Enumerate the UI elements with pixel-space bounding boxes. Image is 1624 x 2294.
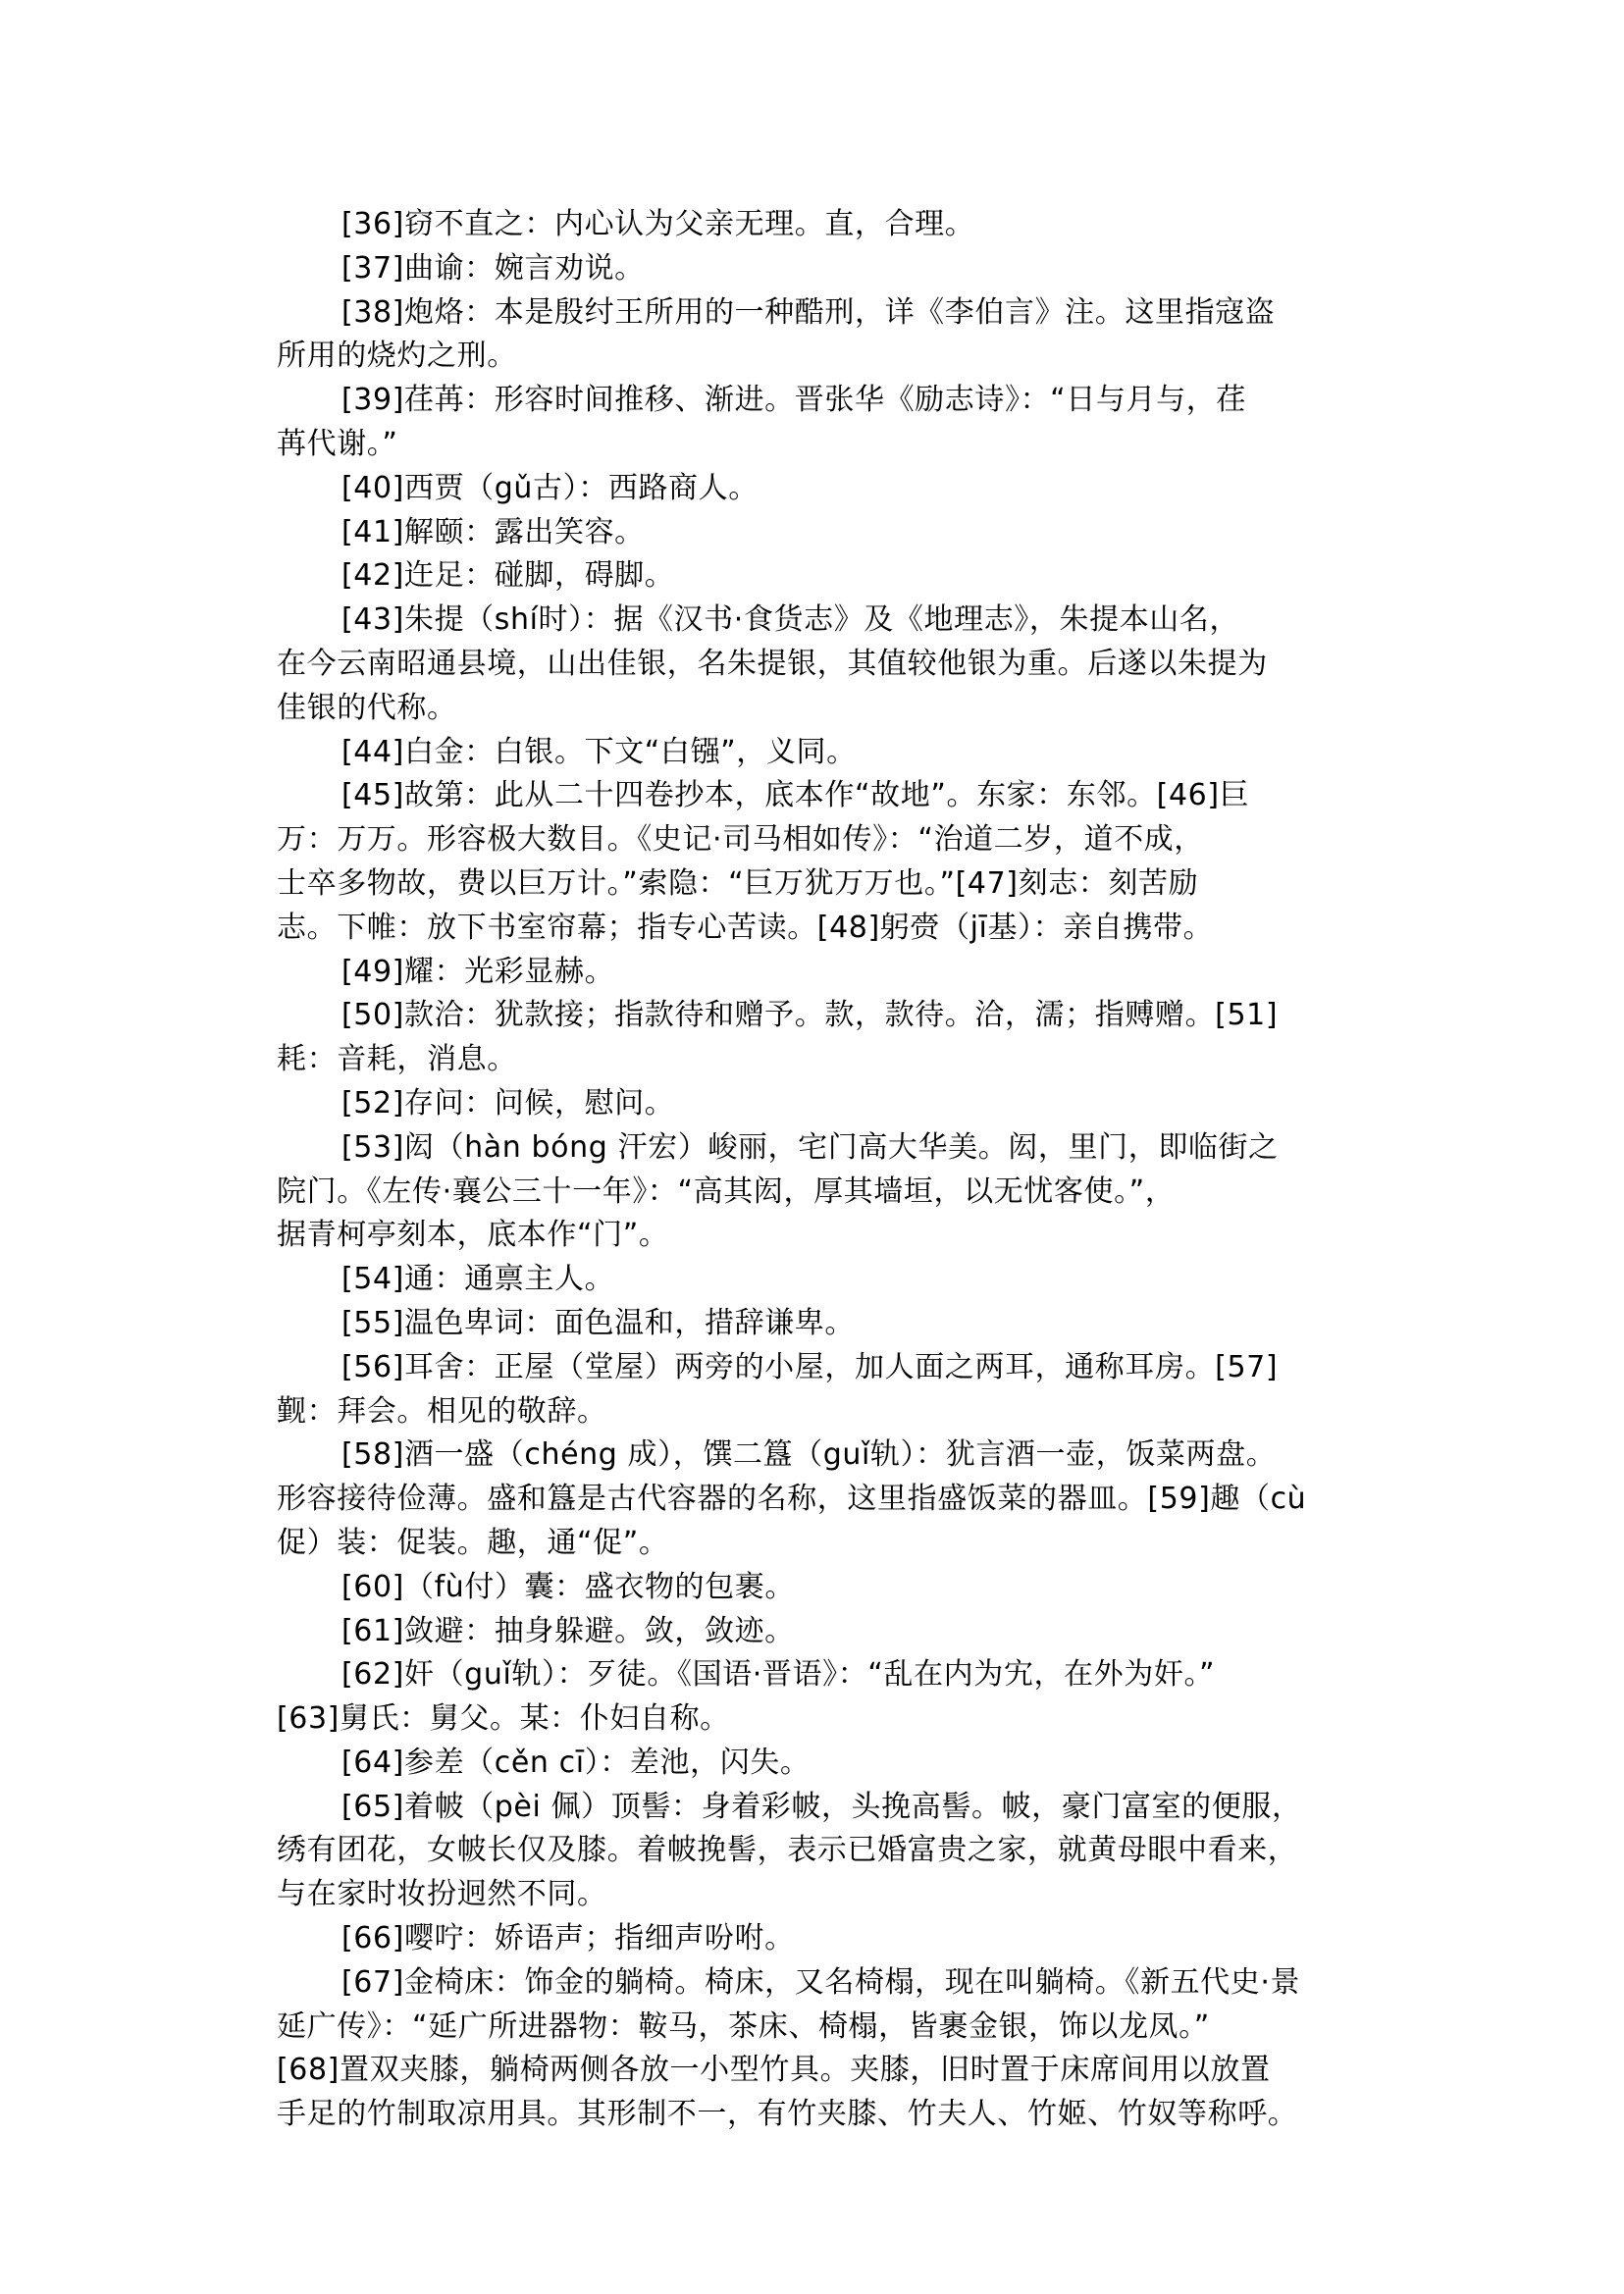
annotation-paragraph-start: [50]款洽：犹款接；指款待和赠予。款，款待。洽，濡；指赙赠。[51] [277, 994, 1356, 1038]
annotation-paragraph-start: [53]闳（hàn bóng 汗宏）峻丽，宅门高大华美。闳，里门，即临街之 [277, 1126, 1356, 1171]
annotation-paragraph-start: [56]耳舍：正屋（堂屋）两旁的小屋，加人面之两耳，通称耳房。[57] [277, 1346, 1356, 1390]
annotation-continuation-line: 志。下帷：放下书室帘幕；指专心苦读。[48]躬赍（jī基）：亲自携带。 [277, 907, 1356, 951]
annotation-continuation-line: 与在家时妆扮迥然不同。 [277, 1873, 1356, 1917]
annotation-paragraph-start: [52]存问：问候，慰问。 [277, 1082, 1356, 1126]
annotation-paragraph-start: [49]耀：光彩显赫。 [277, 951, 1356, 995]
annotation-continuation-line: 士卒多物故，费以巨万计。”索隐：“巨万犹万万也。”[47]刻志：刻苦励 [277, 862, 1356, 907]
annotation-paragraph-start: [61]敛避：抽身躲避。敛，敛迹。 [277, 1610, 1356, 1654]
annotation-continuation-line: 所用的烧灼之刑。 [277, 335, 1356, 379]
annotation-continuation-line: [63]舅氏：舅父。某：仆妇自称。 [277, 1697, 1356, 1742]
annotation-paragraph-start: [41]解颐：露出笑容。 [277, 511, 1356, 555]
annotation-continuation-line: 形容接待俭薄。盛和簋是古代容器的名称，这里指盛饭菜的器皿。[59]趣（cù [277, 1478, 1356, 1522]
annotation-paragraph-start: [37]曲谕：婉言劝说。 [277, 247, 1356, 291]
annotation-paragraph-start: [40]西贾（gǔ古）：西路商人。 [277, 467, 1356, 511]
annotation-paragraph-start: [44]白金：白银。下文“白镪”，义同。 [277, 731, 1356, 775]
annotation-page: [36]窃不直之：内心认为父亲无理。直，合理。[37]曲谕：婉言劝说。[38]炮… [277, 203, 1356, 2137]
annotation-paragraph-start: [43]朱提（shí时）：据《汉书·食货志》及《地理志》，朱提本山名， [277, 599, 1356, 643]
annotation-paragraph-start: [42]迕足：碰脚，碍脚。 [277, 554, 1356, 599]
annotation-paragraph-start: [55]温色卑词：面色温和，措辞谦卑。 [277, 1302, 1356, 1346]
annotation-paragraph-start: [54]通：通禀主人。 [277, 1258, 1356, 1302]
annotation-paragraph-start: [65]着帔（pèi 佩）顶髻：身着彩帔，头挽高髻。帔，豪门富室的便服， [277, 1786, 1356, 1830]
annotation-continuation-line: 觐：拜会。相见的敬辞。 [277, 1390, 1356, 1434]
annotation-continuation-line: [68]置双夹膝，躺椅两侧各放一小型竹具。夹膝，旧时置于床席间用以放置 [277, 2049, 1356, 2093]
annotation-paragraph-start: [62]奸（guǐ轨）：歹徒。《国语·晋语》：“乱在内为宄，在外为奸。” [277, 1653, 1356, 1697]
annotation-paragraph-start: [64]参差（cěn cī）：差池，闪失。 [277, 1742, 1356, 1786]
annotation-continuation-line: 佳银的代称。 [277, 687, 1356, 731]
annotation-paragraph-start: [36]窃不直之：内心认为父亲无理。直，合理。 [277, 203, 1356, 247]
annotation-continuation-line: 苒代谢。” [277, 423, 1356, 467]
annotation-paragraph-start: [45]故第：此从二十四卷抄本，底本作“故地”。东家：东邻。[46]巨 [277, 774, 1356, 818]
annotation-continuation-line: 院门。《左传·襄公三十一年》：“高其闳，厚其墙垣，以无忧客使。”， [277, 1171, 1356, 1215]
annotation-continuation-line: 促）装：促装。趣，通“促”。 [277, 1522, 1356, 1566]
annotation-continuation-line: 绣有团花，女帔长仅及膝。着帔挽髻，表示已婚富贵之家，就黄母眼中看来， [277, 1829, 1356, 1873]
annotation-continuation-line: 手足的竹制取凉用具。其形制不一，有竹夹膝、竹夫人、竹姬、竹奴等称呼。 [277, 2093, 1356, 2137]
annotation-continuation-line: 延广传》：“延广所进器物：鞍马，茶床、椅榻，皆裹金银，饰以龙凤。” [277, 2006, 1356, 2050]
annotation-continuation-line: 在今云南昭通县境，山出佳银，名朱提银，其值较他银为重。后遂以朱提为 [277, 643, 1356, 687]
annotation-paragraph-start: [67]金椅床：饰金的躺椅。椅床，又名椅榻，现在叫躺椅。《新五代史·景 [277, 1961, 1356, 2006]
annotation-continuation-line: 万：万万。形容极大数目。《史记·司马相如传》：“治道二岁，道不成， [277, 818, 1356, 862]
annotation-paragraph-start: [38]炮烙：本是殷纣王所用的一种酷刑，详《李伯言》注。这里指寇盗 [277, 291, 1356, 336]
annotation-paragraph-start: [39]荏苒：形容时间推移、渐进。晋张华《励志诗》：“日与月与，荏 [277, 379, 1356, 423]
annotation-continuation-line: 耗：音耗，消息。 [277, 1038, 1356, 1082]
annotation-paragraph-start: [60]（fù付）囊：盛衣物的包裹。 [277, 1566, 1356, 1610]
annotation-paragraph-start: [66]嘤咛：娇语声；指细声吩咐。 [277, 1917, 1356, 1961]
annotation-continuation-line: 据青柯亭刻本，底本作“门”。 [277, 1214, 1356, 1258]
annotation-paragraph-start: [58]酒一盛（chéng 成），馔二簋（guǐ轨）：犹言酒一壶，饭菜两盘。 [277, 1434, 1356, 1478]
